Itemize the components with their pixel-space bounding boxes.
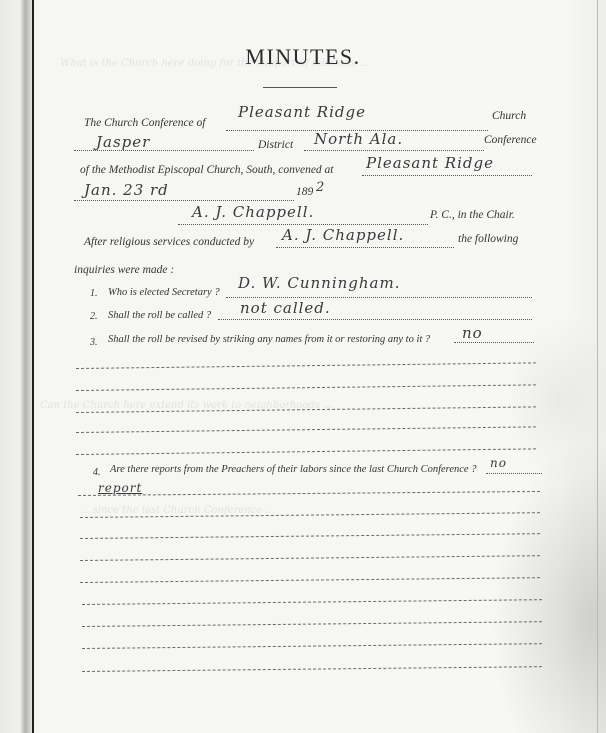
year-entry: 2 (316, 180, 325, 195)
question-number: 3. (90, 337, 98, 348)
question-number: 4. (93, 467, 101, 478)
fill-line (178, 224, 428, 225)
binding-edge (32, 0, 34, 733)
blank-line (76, 426, 536, 433)
question-text: Who is elected Secretary ? (108, 287, 220, 298)
fill-line (454, 342, 534, 343)
year-prefix: 189 (296, 186, 313, 198)
conference-label: Conference (484, 134, 537, 146)
blank-line (82, 666, 542, 672)
fill-line (304, 150, 484, 151)
services-conducted-by-entry: A. J. Chappell. (282, 226, 404, 244)
blank-line (78, 491, 540, 496)
scanned-page: What is the Church here doing for the su… (0, 0, 606, 733)
blank-line (82, 621, 542, 627)
blank-line (80, 555, 540, 561)
convened-label: of the Methodist Episcopal Church, South… (80, 164, 334, 176)
blank-line (76, 384, 536, 391)
district-name-entry: Jasper (96, 133, 150, 151)
fill-line (226, 297, 532, 298)
blank-line (76, 362, 536, 369)
roll-call-answer: not called. (240, 299, 331, 317)
inquiries-label: inquiries were made : (74, 264, 174, 276)
chair-entry: A. J. Chappell. (192, 203, 314, 221)
church-label: Church (492, 110, 526, 122)
blank-line (80, 577, 540, 583)
page-edge (597, 0, 598, 733)
secretary-answer: D. W. Cunningham. (238, 274, 400, 292)
fill-line (362, 175, 532, 176)
preacher-reports-answer: no (490, 456, 507, 470)
blank-line (82, 643, 542, 649)
fill-line (74, 200, 294, 201)
date-entry: Jan. 23 rd (84, 181, 169, 199)
conference-name-entry: North Ala. (314, 130, 403, 148)
title-divider (263, 87, 337, 88)
question-text: Shall the roll be called ? (108, 310, 211, 321)
services-label: After religious services conducted by (84, 236, 254, 248)
fill-line (218, 319, 532, 320)
roll-revision-answer: no (462, 324, 483, 342)
blank-line (82, 599, 542, 605)
page-title: MINUTES. (0, 44, 606, 70)
chair-label: P. C., in the Chair. (430, 209, 515, 221)
fill-line (486, 473, 542, 474)
fill-line (276, 247, 454, 248)
question-text: Shall the roll be revised by striking an… (108, 334, 430, 345)
church-conference-label: The Church Conference of (84, 117, 205, 129)
question-number: 2. (90, 311, 98, 322)
following-label: the following (458, 233, 518, 245)
question-text: Are there reports from the Preachers of … (110, 464, 476, 475)
convened-at-entry: Pleasant Ridge (366, 154, 494, 172)
preacher-reports-answer-continued: report (98, 481, 142, 495)
blank-line (80, 533, 540, 539)
blank-line (76, 448, 536, 455)
district-label: District (258, 139, 293, 151)
question-number: 1. (90, 288, 98, 299)
church-name-entry: Pleasant Ridge (238, 103, 366, 121)
